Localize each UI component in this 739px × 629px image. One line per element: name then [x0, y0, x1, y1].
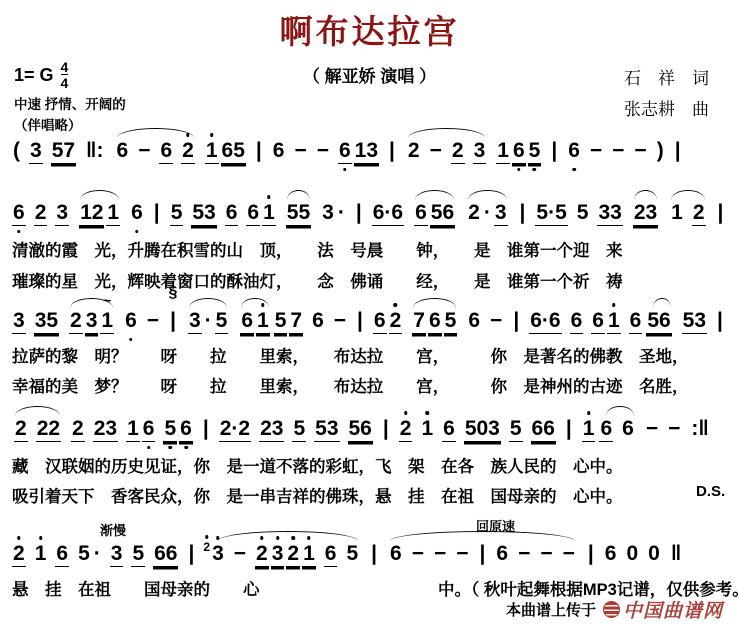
barline: | — [480, 541, 486, 566]
note: 6 — [272, 138, 286, 163]
note: − — [137, 138, 151, 163]
note: 2 — [69, 308, 83, 334]
note: 53 — [191, 200, 216, 226]
slur-arc: 222 — [10, 416, 65, 442]
note: − — [293, 138, 307, 163]
note: 35 — [34, 308, 59, 334]
note: 2 — [34, 200, 48, 226]
barline: |§ — [170, 308, 176, 333]
note: 6 — [130, 200, 144, 225]
slur-arc: 656 — [410, 200, 459, 226]
barline: | — [188, 541, 194, 566]
note: 1 — [582, 416, 596, 442]
note: 6 — [142, 416, 156, 442]
note: 66 — [531, 416, 556, 442]
note: 6 — [225, 200, 239, 226]
note: 6 — [604, 541, 618, 566]
slur-arc: 56 — [648, 308, 675, 334]
barline: ‖: — [86, 138, 103, 163]
barline: | — [520, 200, 526, 225]
lyric-row: 悬 挂 在祖 国母亲的 心中。（ 秋叶起舞根据MP3记谱，仅供参考。） — [8, 576, 737, 598]
note: − — [489, 308, 503, 333]
barline: | — [357, 308, 363, 333]
note: 66 — [153, 541, 178, 567]
note: 5 — [509, 416, 523, 442]
note: 2 — [181, 138, 195, 164]
note: 6 — [567, 138, 581, 163]
note: 6 — [179, 416, 193, 442]
note: 7 — [412, 308, 426, 334]
note: 5·5 — [535, 200, 567, 226]
note: − — [611, 138, 625, 163]
note: 12 — [79, 200, 104, 226]
note: 6 — [599, 416, 613, 442]
lyric-row: 藏 汉联姻的历史见证，你 是一道不落的彩虹，飞 架 在各 族人民的 心中。 — [8, 453, 737, 475]
lyric-segment: 璀璨的星 光，辉映着窗口的酥油灯， 念 佛诵 经， 是 谁第一个祈 祷 — [12, 268, 623, 292]
note: 0 — [647, 541, 661, 566]
barline: | — [154, 200, 160, 225]
credits-block: 石 祥 词 张志耕 曲 — [624, 64, 709, 125]
note: 57 — [51, 138, 76, 164]
note: 2·2 — [219, 416, 251, 442]
lyric-row: 幸福的美 梦？ 呀 拉 里索， 布达拉 宫， 你 是神州的古迹 名胜， — [8, 373, 737, 395]
note: 1 — [420, 416, 434, 441]
site-logo: 中国曲谱网 — [603, 596, 723, 623]
barline: | — [566, 416, 572, 441]
barline: | — [717, 308, 723, 333]
note: 6 — [12, 200, 26, 226]
note: 23 — [259, 416, 284, 442]
note: − — [517, 541, 531, 566]
note: 13 — [354, 138, 379, 164]
note: 3 — [55, 200, 69, 226]
music-line-3: 3352316−|§3·561576−|627656−|6·666165653|… — [8, 308, 737, 338]
lyricist-credit: 石 祥 词 — [624, 64, 709, 95]
note: 3 — [494, 200, 508, 226]
upload-note: 本曲谱上传于 — [506, 599, 596, 620]
score-page: 啊布达拉宫 （ 解亚娇 演唱 ） 1= G 4 4 中速 抒情、开阔的 （伴唱略… — [0, 0, 739, 629]
barline: | — [356, 200, 362, 225]
note: 2 — [255, 541, 269, 567]
note: − — [411, 541, 425, 566]
music-line-2: 6231216|553661553·|6·66562·3|5·55332312|… — [8, 200, 737, 230]
tempo-change-label: 渐慢 — [100, 520, 126, 539]
barline: | — [551, 138, 557, 163]
note: − — [316, 138, 330, 163]
note: − — [633, 138, 647, 163]
ds-marker: D.S. — [696, 483, 725, 500]
note: 3 — [12, 308, 26, 334]
note: 5 — [163, 416, 177, 442]
slur-arc: 765 — [408, 308, 461, 334]
note: − — [667, 416, 681, 441]
barline: | — [383, 416, 389, 441]
note: 33 — [597, 200, 622, 226]
lyric-segment: 悬 挂 在祖 国母亲的 心 — [12, 576, 260, 600]
slur-arc: 66 — [601, 416, 638, 442]
lyric-segment: 藏 汉联姻的历史见证，你 是一道不落的彩虹，飞 架 在各 族人民的 心中。 — [12, 453, 623, 477]
barline: ‖ — [671, 541, 681, 566]
site-logo-text: 中国曲谱网 — [623, 596, 723, 623]
slur-arc: 6−−−|6−−− — [385, 541, 580, 566]
slur-arc: 231 — [65, 308, 118, 334]
note: 6 — [116, 138, 130, 163]
note: ) — [656, 138, 665, 163]
note: 5 — [444, 308, 458, 334]
segno-icon: § — [169, 283, 178, 302]
note: 1 — [205, 138, 219, 164]
slur-arc: 3·5 — [184, 308, 232, 334]
note: 3 — [271, 541, 285, 567]
tempo-marking: 中速 抒情、开阔的 — [14, 93, 126, 113]
note: 1 — [262, 200, 276, 226]
note: 1 — [106, 200, 120, 226]
notes-row: 2165·3566|23−232165|6−−−|6−−−|600‖ — [8, 540, 737, 567]
note: 23 — [633, 200, 658, 226]
slur-arc: 121 — [75, 200, 124, 226]
note: − — [433, 541, 447, 566]
note: 6 — [512, 138, 526, 164]
barline: | — [675, 138, 681, 163]
note: 2 — [389, 308, 403, 334]
note: 5 — [345, 541, 359, 566]
accompaniment-note: （伴唱略） — [14, 114, 82, 134]
note: 5 — [170, 200, 184, 226]
barline: | — [389, 138, 395, 163]
note: 3 — [321, 200, 335, 225]
composer-credit: 张志耕 曲 — [624, 95, 709, 126]
note: − — [333, 308, 347, 333]
note: 2 — [202, 540, 211, 554]
note: · — [337, 200, 346, 225]
lyric-row: 璀璨的星 光，辉映着窗口的酥油灯， 念 佛诵 经， 是 谁第一个祈 祷 — [8, 268, 737, 290]
music-line-5: 渐慢回原速2165·3566|23−232165|6−−−|6−−−|600‖悬… — [8, 540, 737, 570]
note: 6 — [159, 138, 173, 164]
note: 2 — [407, 138, 421, 163]
note: 3 — [211, 541, 225, 566]
notes-row: 6231216|553661553·|6·66562·3|5·55332312| — [8, 200, 737, 226]
lyric-segment: 吸引着天下 香客民众，你 是一串吉祥的佛珠，悬 挂 在祖 国母亲的 心中。 — [12, 483, 623, 507]
note: 6 — [442, 416, 456, 442]
note: 6 — [389, 541, 403, 566]
note: − — [562, 541, 576, 566]
note: 3 — [29, 138, 43, 164]
note: 56 — [646, 308, 671, 334]
note: 1 — [34, 541, 48, 566]
note: 5 — [576, 200, 590, 225]
lyric-row: 拉萨的黎 明？ 呀 拉 里索， 布达拉 宫， 你 是著名的佛教 圣地， — [8, 343, 737, 365]
barline: :‖ — [691, 416, 708, 441]
note: 7 — [289, 308, 303, 334]
note: 2 — [467, 200, 481, 225]
note: 6·6 — [529, 308, 561, 334]
time-signature-bottom: 4 — [61, 74, 69, 90]
slur-arc: 61 — [236, 308, 273, 334]
note: 6 — [373, 308, 387, 334]
note: 5 — [131, 541, 145, 567]
note: 5 — [528, 138, 542, 164]
note: 6 — [324, 541, 338, 567]
note: 6 — [495, 541, 509, 566]
note: 2 — [71, 416, 85, 442]
note: 56 — [348, 416, 373, 442]
note: 23 — [93, 416, 118, 442]
slur-arc: 23 — [629, 200, 662, 226]
note: · — [483, 200, 492, 225]
key-signature: 1= G — [14, 65, 54, 86]
lyric-segment: 拉萨的黎 明？ 呀 拉 里索， 布达拉 宫， 你 是著名的佛教 圣地， — [12, 343, 689, 367]
note: − — [455, 541, 469, 566]
lyric-row: 清澈的霞 光，升腾在积雪的山 顶， 法 号晨 钟， 是 谁第一个迎 来 — [8, 237, 737, 259]
slur-arc: 55 — [282, 200, 315, 226]
note: − — [233, 541, 247, 566]
note: 1 — [302, 541, 316, 567]
barline: | — [718, 200, 724, 225]
note: 53 — [314, 416, 339, 442]
note: 22 — [36, 416, 61, 442]
note: − — [146, 308, 160, 333]
note: − — [645, 416, 659, 441]
time-signature: 4 4 — [61, 60, 69, 90]
barline: | — [371, 541, 377, 566]
song-title: 啊布达拉宫 — [0, 6, 739, 53]
note: 6 — [240, 308, 254, 334]
note: 6 — [621, 416, 635, 441]
note: 6·6 — [372, 200, 404, 226]
lyric-segment: 幸福的美 梦？ 呀 拉 里索， 布达拉 宫， 你 是神州的古迹 名胜， — [12, 373, 689, 397]
note: 1 — [126, 416, 140, 442]
music-line-1: (357‖:6−62165|6−−613|2−23165|6−−−)| — [8, 138, 737, 168]
notes-row: 2222231656|2·22355356|216503566|166−−:‖ — [8, 416, 737, 442]
site-logo-icon — [603, 601, 620, 618]
barline: | — [588, 541, 594, 566]
note: 6 — [124, 308, 138, 333]
lyric-row: 吸引着天下 香客民众，你 是一串吉祥的佛珠，悬 挂 在祖 国母亲的 心中。D.S… — [8, 483, 737, 505]
note: · — [204, 308, 213, 333]
note: 3 — [110, 541, 124, 567]
footer: 本曲谱上传于 中国曲谱网 — [506, 596, 723, 623]
note: 5 — [215, 308, 229, 334]
note: − — [589, 138, 603, 163]
slur-arc: 6−62 — [112, 138, 199, 164]
barline: | — [513, 308, 519, 333]
note: · — [93, 541, 102, 566]
note: 2 — [12, 541, 26, 567]
note: 1 — [256, 308, 270, 334]
lyric-segment: 清澈的霞 光，升腾在积雪的山 顶， 法 号晨 钟， 是 谁第一个迎 来 — [12, 237, 623, 261]
key-time-block: 1= G 4 4 — [14, 60, 68, 90]
note: 6 — [338, 138, 352, 164]
note: 5 — [274, 308, 288, 334]
note: 3 — [85, 308, 99, 334]
note: 2 — [399, 416, 413, 442]
note: 6 — [428, 308, 442, 334]
note: 1 — [496, 138, 510, 164]
note: 53 — [682, 308, 707, 334]
note: 2 — [692, 200, 706, 226]
note: − — [539, 541, 553, 566]
note: 6 — [414, 200, 428, 226]
note: 6 — [591, 308, 605, 334]
slur-arc: 12 — [666, 200, 709, 226]
note: 6 — [311, 308, 325, 333]
note: 2 — [286, 541, 300, 567]
note: 6 — [467, 308, 481, 333]
note: 65 — [221, 138, 246, 164]
note: 6 — [246, 200, 260, 226]
note: 55 — [286, 200, 311, 226]
note: 2 — [14, 416, 28, 442]
time-signature-top: 4 — [61, 60, 69, 74]
note: 1 — [670, 200, 684, 225]
note: 1 — [607, 308, 621, 334]
note: 0 — [625, 541, 639, 566]
slur-arc: 2−23 — [403, 138, 490, 164]
note: 503 — [464, 416, 501, 442]
note: − — [429, 138, 443, 163]
note: 1 — [100, 308, 114, 334]
note: 56 — [430, 200, 455, 226]
slur-arc: 2·3 — [463, 200, 511, 226]
note: ( — [12, 138, 21, 163]
music-line-4: 2222231656|2·22355356|216503566|166−−:‖藏… — [8, 416, 737, 446]
note: 3 — [188, 308, 202, 334]
note: 2 — [451, 138, 465, 164]
barline: | — [256, 138, 262, 163]
note: 6 — [629, 308, 643, 334]
note: 6 — [570, 308, 584, 334]
barline: | — [203, 416, 209, 441]
slur-arc: 3−232165 — [213, 541, 363, 567]
notes-row: (357‖:6−62165|6−−613|2−23165|6−−−)| — [8, 138, 737, 164]
note: 6 — [55, 541, 69, 567]
note: 5 — [77, 541, 91, 566]
notes-row: 3352316−|§3·561576−|627656−|6·666165653| — [8, 308, 737, 334]
note: 3 — [473, 138, 487, 164]
note: 5 — [292, 416, 306, 442]
